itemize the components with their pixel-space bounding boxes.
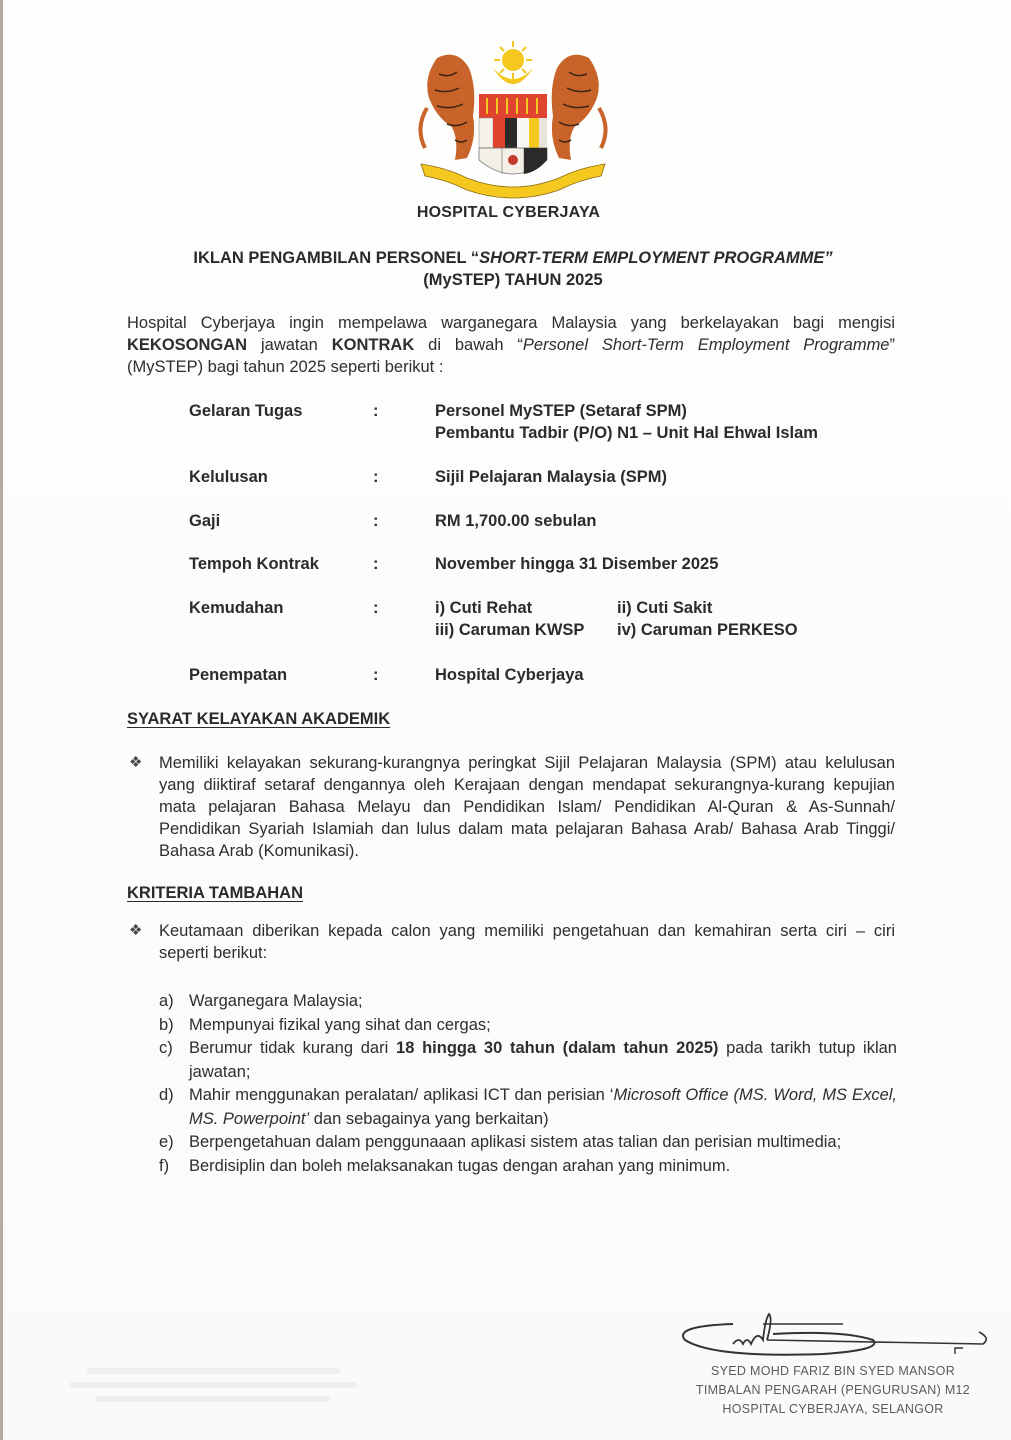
handwritten-signature-icon — [673, 1310, 993, 1360]
benefit-item: iii) Caruman KWSP — [435, 619, 617, 641]
job-title-line2: Pembantu Tadbir (P/O) N1 – Unit Hal Ehwa… — [435, 424, 818, 442]
criteria-item: e) Berpengetahuan dalam penggunaaan apli… — [159, 1131, 897, 1155]
detail-label: Gelaran Tugas — [189, 400, 369, 422]
detail-colon: : — [373, 510, 379, 532]
benefit-item: iv) Caruman PERKESO — [617, 619, 837, 641]
criteria-letter: a) — [159, 990, 174, 1014]
signatory-office: HOSPITAL CYBERJAYA, SELANGOR — [663, 1400, 1003, 1419]
additional-criteria-text: Keutamaan diberikan kepada calon yang me… — [159, 922, 895, 962]
detail-label: Kelulusan — [189, 466, 369, 488]
benefit-item: i) Cuti Rehat — [435, 597, 617, 619]
diamond-bullet-icon: ❖ — [129, 920, 142, 942]
benefit-item: ii) Cuti Sakit — [617, 597, 837, 619]
criteria-text: Warganegara Malaysia; — [189, 992, 363, 1010]
show-through-text — [63, 1360, 363, 1420]
advertisement-title: IKLAN PENGAMBILAN PERSONEL “SHORT-TERM E… — [163, 247, 863, 291]
criteria-item: c) Berumur tidak kurang dari 18 hingga 3… — [159, 1037, 897, 1084]
criteria-text: Berdisiplin dan boleh melaksanakan tugas… — [189, 1157, 730, 1175]
title-italic: SHORT-TERM EMPLOYMENT PROGRAMME” — [479, 249, 833, 267]
detail-value: Hospital Cyberjaya — [435, 664, 895, 686]
intro-text: Hospital Cyberjaya ingin mempelawa warga… — [127, 314, 895, 332]
detail-value: November hingga 31 Disember 2025 — [435, 553, 895, 575]
intro-paragraph: Hospital Cyberjaya ingin mempelawa warga… — [127, 312, 895, 378]
detail-colon: : — [373, 597, 379, 619]
title-suffix: (MySTEP) TAHUN 2025 — [423, 271, 602, 289]
detail-label: Gaji — [189, 510, 369, 532]
intro-bold-contract: KONTRAK — [332, 336, 415, 354]
detail-colon: : — [373, 400, 379, 422]
intro-text: di bawah “ — [414, 336, 523, 354]
signatory-name: SYED MOHD FARIZ BIN SYED MANSOR — [663, 1362, 1003, 1381]
criteria-text: Berumur tidak kurang dari — [189, 1039, 396, 1057]
criteria-text: dan sebagainya yang berkaitan) — [309, 1110, 548, 1128]
academic-requirement-text: Memiliki kelayakan sekurang-kurangnya pe… — [159, 754, 895, 860]
benefits-grid: i) Cuti Rehat ii) Cuti Sakit iii) Caruma… — [435, 597, 895, 641]
criteria-letter: e) — [159, 1131, 174, 1155]
academic-requirements-heading: SYARAT KELAYAKAN AKADEMIK — [127, 710, 390, 729]
criteria-text: Mempunyai fizikal yang sihat dan cergas; — [189, 1016, 491, 1034]
criteria-list: a) Warganegara Malaysia; b) Mempunyai fi… — [159, 990, 897, 1178]
criteria-item: b) Mempunyai fizikal yang sihat dan cerg… — [159, 1014, 897, 1038]
criteria-letter: f) — [159, 1155, 169, 1179]
intro-text: jawatan — [247, 336, 332, 354]
signatory-position: TIMBALAN PENGARAH (PENGURUSAN) M12 — [663, 1381, 1003, 1400]
signatory-block: SYED MOHD FARIZ BIN SYED MANSOR TIMBALAN… — [663, 1362, 1003, 1419]
additional-criteria-intro: ❖ Keutamaan diberikan kepada calon yang … — [159, 920, 895, 964]
detail-colon: : — [373, 466, 379, 488]
diamond-bullet-icon: ❖ — [129, 752, 142, 774]
detail-colon: : — [373, 553, 379, 575]
detail-label: Tempoh Kontrak — [189, 553, 369, 575]
title-prefix: IKLAN PENGAMBILAN PERSONEL “ — [193, 249, 479, 267]
criteria-text: Mahir menggunakan peralatan/ aplikasi IC… — [189, 1086, 613, 1104]
detail-label: Kemudahan — [189, 597, 369, 619]
criteria-item: f) Berdisiplin dan boleh melaksanakan tu… — [159, 1155, 897, 1179]
intro-italic-programme: Personel Short-Term Employment Programme — [523, 336, 890, 354]
coat-of-arms-icon — [407, 38, 619, 200]
criteria-letter: d) — [159, 1084, 174, 1108]
organization-name: HOSPITAL CYBERJAYA — [3, 204, 1011, 222]
detail-label: Penempatan — [189, 664, 369, 686]
criteria-text: Berpengetahuan dalam penggunaaan aplikas… — [189, 1133, 841, 1151]
document-page: HOSPITAL CYBERJAYA IKLAN PENGAMBILAN PER… — [0, 0, 1011, 1440]
criteria-age-range: 18 hingga 30 tahun (dalam tahun 2025) — [396, 1039, 718, 1057]
criteria-item: a) Warganegara Malaysia; — [159, 990, 897, 1014]
detail-value: Sijil Pelajaran Malaysia (SPM) — [435, 466, 895, 488]
academic-requirement-item: ❖ Memiliki kelayakan sekurang-kurangnya … — [159, 752, 895, 862]
job-title-line1: Personel MySTEP (Setaraf SPM) — [435, 402, 687, 420]
additional-criteria-heading: KRITERIA TAMBAHAN — [127, 884, 303, 903]
criteria-letter: c) — [159, 1037, 173, 1061]
detail-value: RM 1,700.00 sebulan — [435, 510, 895, 532]
detail-colon: : — [373, 664, 379, 686]
criteria-item: d) Mahir menggunakan peralatan/ aplikasi… — [159, 1084, 897, 1131]
criteria-letter: b) — [159, 1014, 174, 1038]
detail-value: Personel MySTEP (Setaraf SPM) Pembantu T… — [435, 400, 895, 444]
intro-bold-vacancy: KEKOSONGAN — [127, 336, 247, 354]
